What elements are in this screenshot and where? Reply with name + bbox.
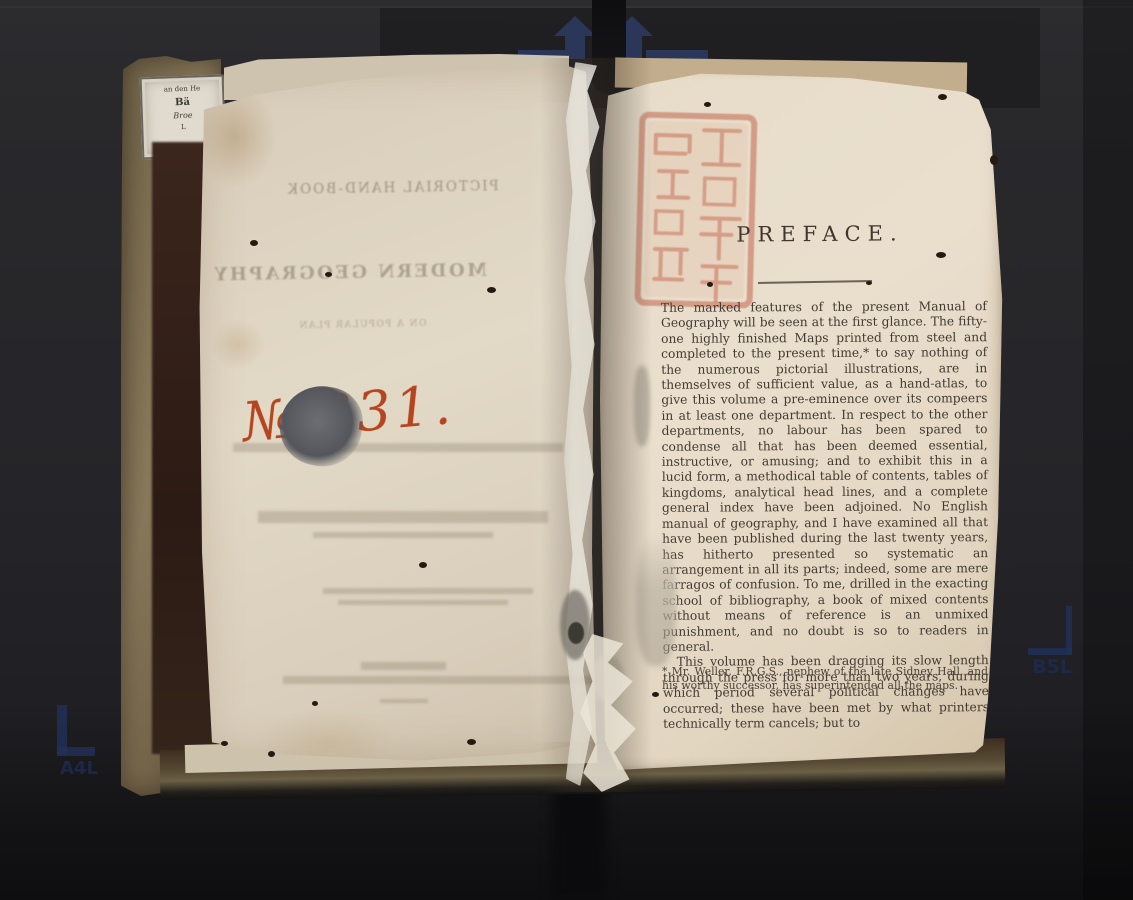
wormhole-speck: [487, 287, 496, 293]
wormhole-speck: [938, 94, 947, 100]
showthrough-title-line: ON A POPULAR PLAN: [298, 319, 427, 331]
wormhole-speck: [866, 281, 872, 285]
wormhole-speck: [652, 692, 659, 697]
heading-rule: [758, 280, 872, 284]
wormhole-speck: [325, 272, 332, 277]
a4l-corner-bracket: [57, 747, 95, 756]
wormhole-speck: [936, 252, 946, 258]
left-page: PICTORIAL HAND-BOOK MODERN GEOGRAPHY ON …: [198, 62, 598, 762]
wormhole-speck: [312, 701, 318, 706]
wormhole-speck: [707, 282, 713, 287]
showthrough-title-line: MODERN GEOGRAPHY: [212, 260, 487, 286]
paper-damage: [634, 366, 650, 446]
page-edge-notch: [990, 155, 998, 165]
backdrop-right-shade: [1083, 0, 1133, 900]
right-page: PREFACE. The marked features of the pres…: [600, 66, 1005, 772]
cradle-post-shadow: [552, 790, 606, 900]
wormhole-speck: [221, 741, 228, 746]
b5l-corner-bracket: [1066, 606, 1072, 654]
preface-footnote: * Mr. Weller, F.R.G.S., nephew of the la…: [662, 665, 988, 693]
wormhole-speck: [419, 562, 427, 568]
showthrough-title-line: PICTORIAL HAND-BOOK: [286, 178, 499, 198]
showthrough-faint-line: [323, 588, 533, 594]
format-mark-b5l: B5L: [1032, 656, 1072, 678]
showthrough-faint-line: [380, 699, 428, 703]
showthrough-faint-line: [338, 600, 508, 605]
format-mark-a4l: A4L: [60, 758, 98, 779]
red-collection-seal-stamp: [633, 110, 758, 309]
preface-paragraph: The marked features of the present Manua…: [661, 299, 989, 655]
preface-heading: PREFACE.: [630, 221, 1010, 248]
wormhole-speck: [268, 751, 275, 757]
wormhole-speck: [250, 240, 258, 246]
showthrough-faint-line: [313, 532, 493, 538]
wormhole-speck: [704, 102, 711, 107]
wormhole-speck: [467, 739, 476, 745]
b5l-corner-bracket: [1028, 648, 1072, 655]
showthrough-faint-line: [283, 676, 593, 684]
stain: [208, 317, 268, 372]
showthrough-faint-line: [361, 662, 446, 670]
showthrough-faint-line: [258, 511, 548, 523]
book-scan-photo: B5L A4L an den He Bä Broe L PICTORIAL HA…: [0, 0, 1133, 900]
